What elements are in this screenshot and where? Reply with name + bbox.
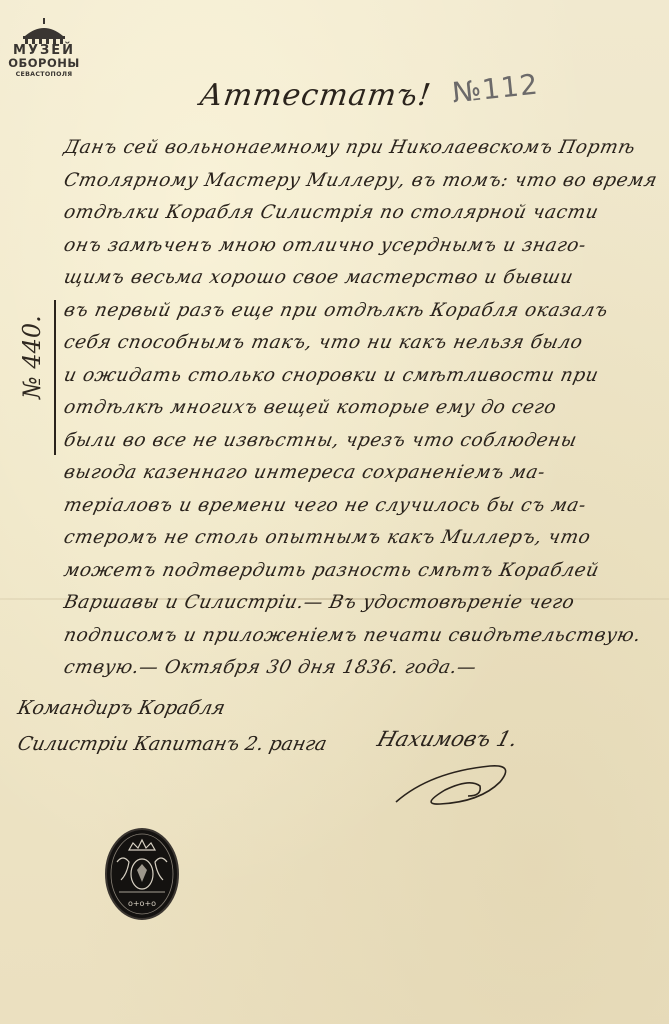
body-line: можетъ подтвердить разность смѣтъ Корабл… (61, 555, 668, 588)
body-line: выгода казеннаго интереса сохраненіемъ м… (61, 457, 668, 490)
body-line: Столярному Мастеру Миллеру, въ томъ: что… (61, 165, 668, 198)
body-line: отдѣлкѣ многихъ вещей которые ему до сег… (61, 392, 668, 425)
body-line: Данъ сей вольнонаемному при Николаевском… (61, 132, 668, 165)
body-line: въ первый разъ еще при отдѣлкѣ Корабля о… (61, 295, 668, 328)
body-line: себя способнымъ такъ, что ни какъ нельзя… (61, 327, 668, 360)
museum-logo: МУЗЕЙ ОБОРОНЫ СЕВАСТОПОЛЯ (12, 18, 76, 92)
panorama-building-icon (17, 18, 71, 44)
document-body: Данъ сей вольнонаемному при Николаевском… (64, 132, 664, 685)
body-line: щимъ весьма хорошо свое мастерство и быв… (61, 262, 668, 295)
signature-flourish-icon (390, 752, 520, 808)
body-line: отдѣлки Корабля Силистрія по столярной ч… (61, 197, 668, 230)
closing-block: Командиръ Корабля Силистріи Капитанъ 2. … (18, 690, 326, 762)
document-page: МУЗЕЙ ОБОРОНЫ СЕВАСТОПОЛЯ Аттестатъ! №11… (0, 0, 669, 1024)
body-line: Варшавы и Силистріи.— Въ удостовѣреніе ч… (61, 587, 668, 620)
svg-text:o+o+o: o+o+o (128, 899, 156, 908)
body-line: стеромъ не столь опытнымъ какъ Миллеръ, … (61, 522, 668, 555)
logo-line-sevastopol: СЕВАСТОПОЛЯ (16, 70, 73, 79)
body-line: ствую.— Октября 30 дня 1836. года.— (61, 652, 668, 685)
margin-rule (54, 300, 56, 455)
body-line: были во все не извѣстны, чрезъ что соблю… (61, 425, 668, 458)
logo-line-defense: ОБОРОНЫ (8, 57, 80, 70)
body-line: теріаловъ и времени чего не случилось бы… (61, 490, 668, 523)
seal-icon: o+o+o (103, 826, 181, 922)
document-title: Аттестатъ! (198, 78, 434, 113)
signature: Нахимовъ 1. (375, 727, 521, 751)
closing-line-commander: Командиръ Корабля (14, 690, 330, 726)
body-line: подписомъ и приложеніемъ печати свидѣтел… (61, 620, 668, 653)
body-line: онъ замѣченъ мною отлично усерднымъ и зн… (61, 230, 668, 263)
registration-number: № 440. (18, 339, 46, 399)
body-line: и ожидать столько сноровки и смѣтливости… (61, 360, 668, 393)
archive-number-pencil: №112 (451, 68, 541, 110)
closing-line-rank: Силистріи Капитанъ 2. ранга (14, 726, 330, 762)
